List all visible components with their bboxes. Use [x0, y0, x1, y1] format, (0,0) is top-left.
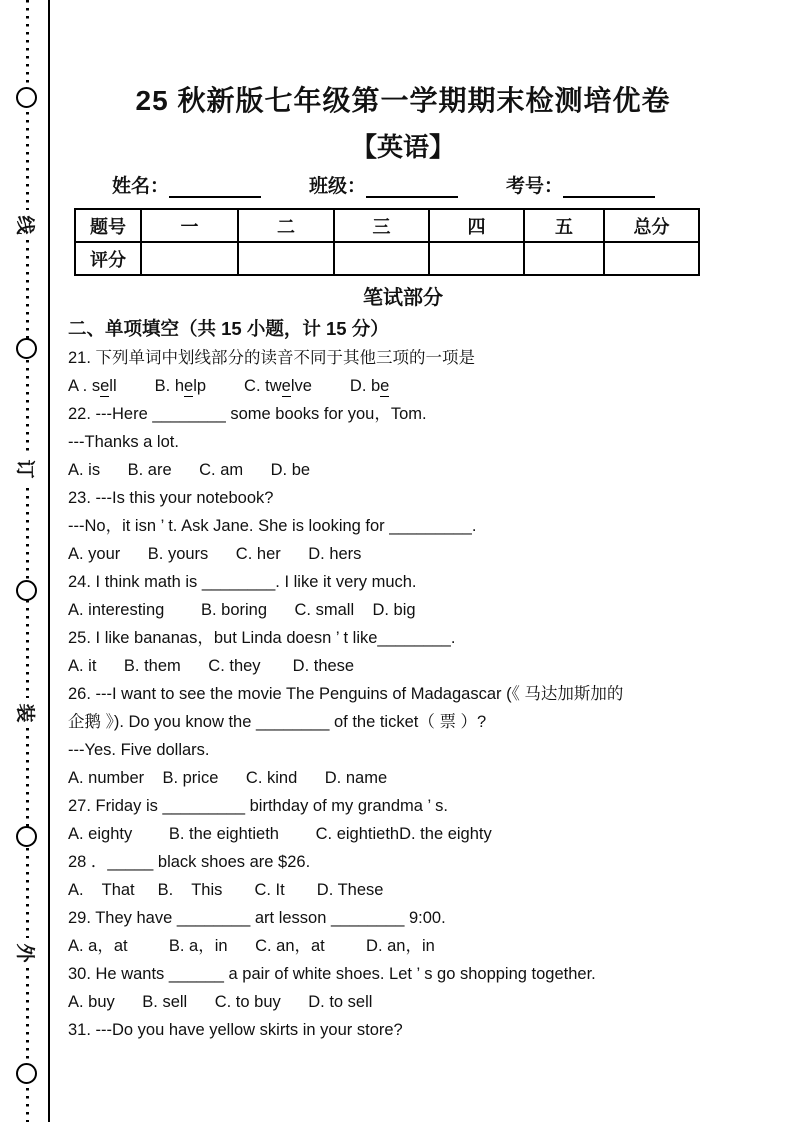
binding-char-mount: 装 — [12, 698, 42, 728]
question-line: 24. I think math is ________. I like it … — [68, 568, 738, 596]
question-line: 25. I like bananas，but Linda doesn ’ t l… — [68, 624, 738, 652]
col-header: 一 — [141, 209, 238, 242]
question-line: 22. ---Here ________ some books for you，… — [68, 400, 738, 428]
written-section-title: 笔试部分 — [68, 281, 738, 310]
binding-ring-icon — [16, 580, 37, 601]
option-line: A. your B. yours C. her D. hers — [68, 540, 738, 568]
score-label: 评分 — [75, 242, 141, 275]
question-line: 23. ---Is this your notebook? — [68, 484, 738, 512]
col-header: 二 — [238, 209, 334, 242]
col-header: 三 — [334, 209, 429, 242]
option-a: A . sell — [68, 377, 117, 395]
option-line: A. That B. This C. It D. These — [68, 876, 738, 904]
question-line: 26. ---I want to see the movie The Pengu… — [68, 680, 738, 708]
binding-ring-icon — [16, 1063, 37, 1084]
binding-margin: 线 订 装 外 — [0, 0, 48, 1122]
question-line: 27. Friday is _________ birthday of my g… — [68, 792, 738, 820]
option-line: A. it B. them C. they D. these — [68, 652, 738, 680]
col-header: 五 — [524, 209, 604, 242]
score-cell — [238, 242, 334, 275]
score-cell — [141, 242, 238, 275]
score-table: 题号 一 二 三 四 五 总分 评分 — [74, 208, 700, 276]
table-row: 题号 一 二 三 四 五 总分 — [75, 209, 699, 242]
col-header: 总分 — [604, 209, 699, 242]
binding-char-line: 线 — [12, 210, 42, 240]
option-line: A. eighty B. the eightieth C. eightiethD… — [68, 820, 738, 848]
binding-ring-icon — [16, 826, 37, 847]
class-blank — [366, 172, 458, 198]
underlined-letter: e — [184, 377, 193, 397]
binding-rule-line — [48, 0, 50, 1122]
table-row: 评分 — [75, 242, 699, 275]
question-line: ---Yes. Five dollars. — [68, 736, 738, 764]
question-body: 21. 下列单词中划线部分的读音不同于其他三项的一项是 A . sellB. h… — [68, 344, 738, 1044]
binding-ring-icon — [16, 87, 37, 108]
question-line: 29. They have ________ art lesson ______… — [68, 904, 738, 932]
question-line: 30. He wants ______ a pair of white shoe… — [68, 960, 738, 988]
option-b: B. help — [155, 377, 206, 395]
binding-char-outside: 外 — [12, 938, 42, 968]
class-label: 班级： — [309, 171, 366, 198]
question-number-label: 题号 — [75, 209, 141, 242]
option-line-q21: A . sellB. helpC. twelveD. be — [68, 372, 738, 400]
exam-page: { "binding": { "labels": ["线", "订", "装",… — [0, 0, 793, 1122]
subject-title: 【英语】 — [68, 127, 738, 164]
question-line: 企鹅 》). Do you know the ________ of the t… — [68, 708, 738, 736]
underlined-letter: e — [100, 377, 109, 397]
underlined-letter: e — [282, 377, 291, 397]
page-title: 25 秋新版七年级第一学期期末检测培优卷 — [68, 79, 738, 119]
option-line: A. a，at B. a，in C. an，at D. an，in — [68, 932, 738, 960]
name-label: 姓名： — [112, 171, 169, 198]
question-line: ---No，it isn ’ t. Ask Jane. She is looki… — [68, 512, 738, 540]
score-cell — [604, 242, 699, 275]
option-line: A. number B. price C. kind D. name — [68, 764, 738, 792]
exam-no-blank — [563, 172, 655, 198]
option-line: A. buy B. sell C. to buy D. to sell — [68, 988, 738, 1016]
exam-no-label: 考号： — [506, 171, 563, 198]
underlined-letter: e — [380, 377, 389, 397]
binding-ring-icon — [16, 338, 37, 359]
question-line: 21. 下列单词中划线部分的读音不同于其他三项的一项是 — [68, 344, 738, 372]
score-cell — [429, 242, 524, 275]
question-line: ---Thanks a lot. — [68, 428, 738, 456]
col-header: 四 — [429, 209, 524, 242]
name-blank — [169, 172, 261, 198]
option-c: C. twelve — [244, 377, 312, 395]
score-cell — [524, 242, 604, 275]
option-line: A. is B. are C. am D. be — [68, 456, 738, 484]
student-info-row: 姓名：班级：考号： — [112, 171, 655, 198]
binding-char-bind: 订 — [12, 454, 42, 484]
option-line: A. interesting B. boring C. small D. big — [68, 596, 738, 624]
question-line: 28 ．_____ black shoes are $26. — [68, 848, 738, 876]
question-line: 31. ---Do you have yellow skirts in your… — [68, 1016, 738, 1044]
section-heading: 二、单项填空（共 15 小题，计 15 分） — [68, 315, 389, 341]
score-cell — [334, 242, 429, 275]
option-d: D. be — [350, 377, 389, 395]
